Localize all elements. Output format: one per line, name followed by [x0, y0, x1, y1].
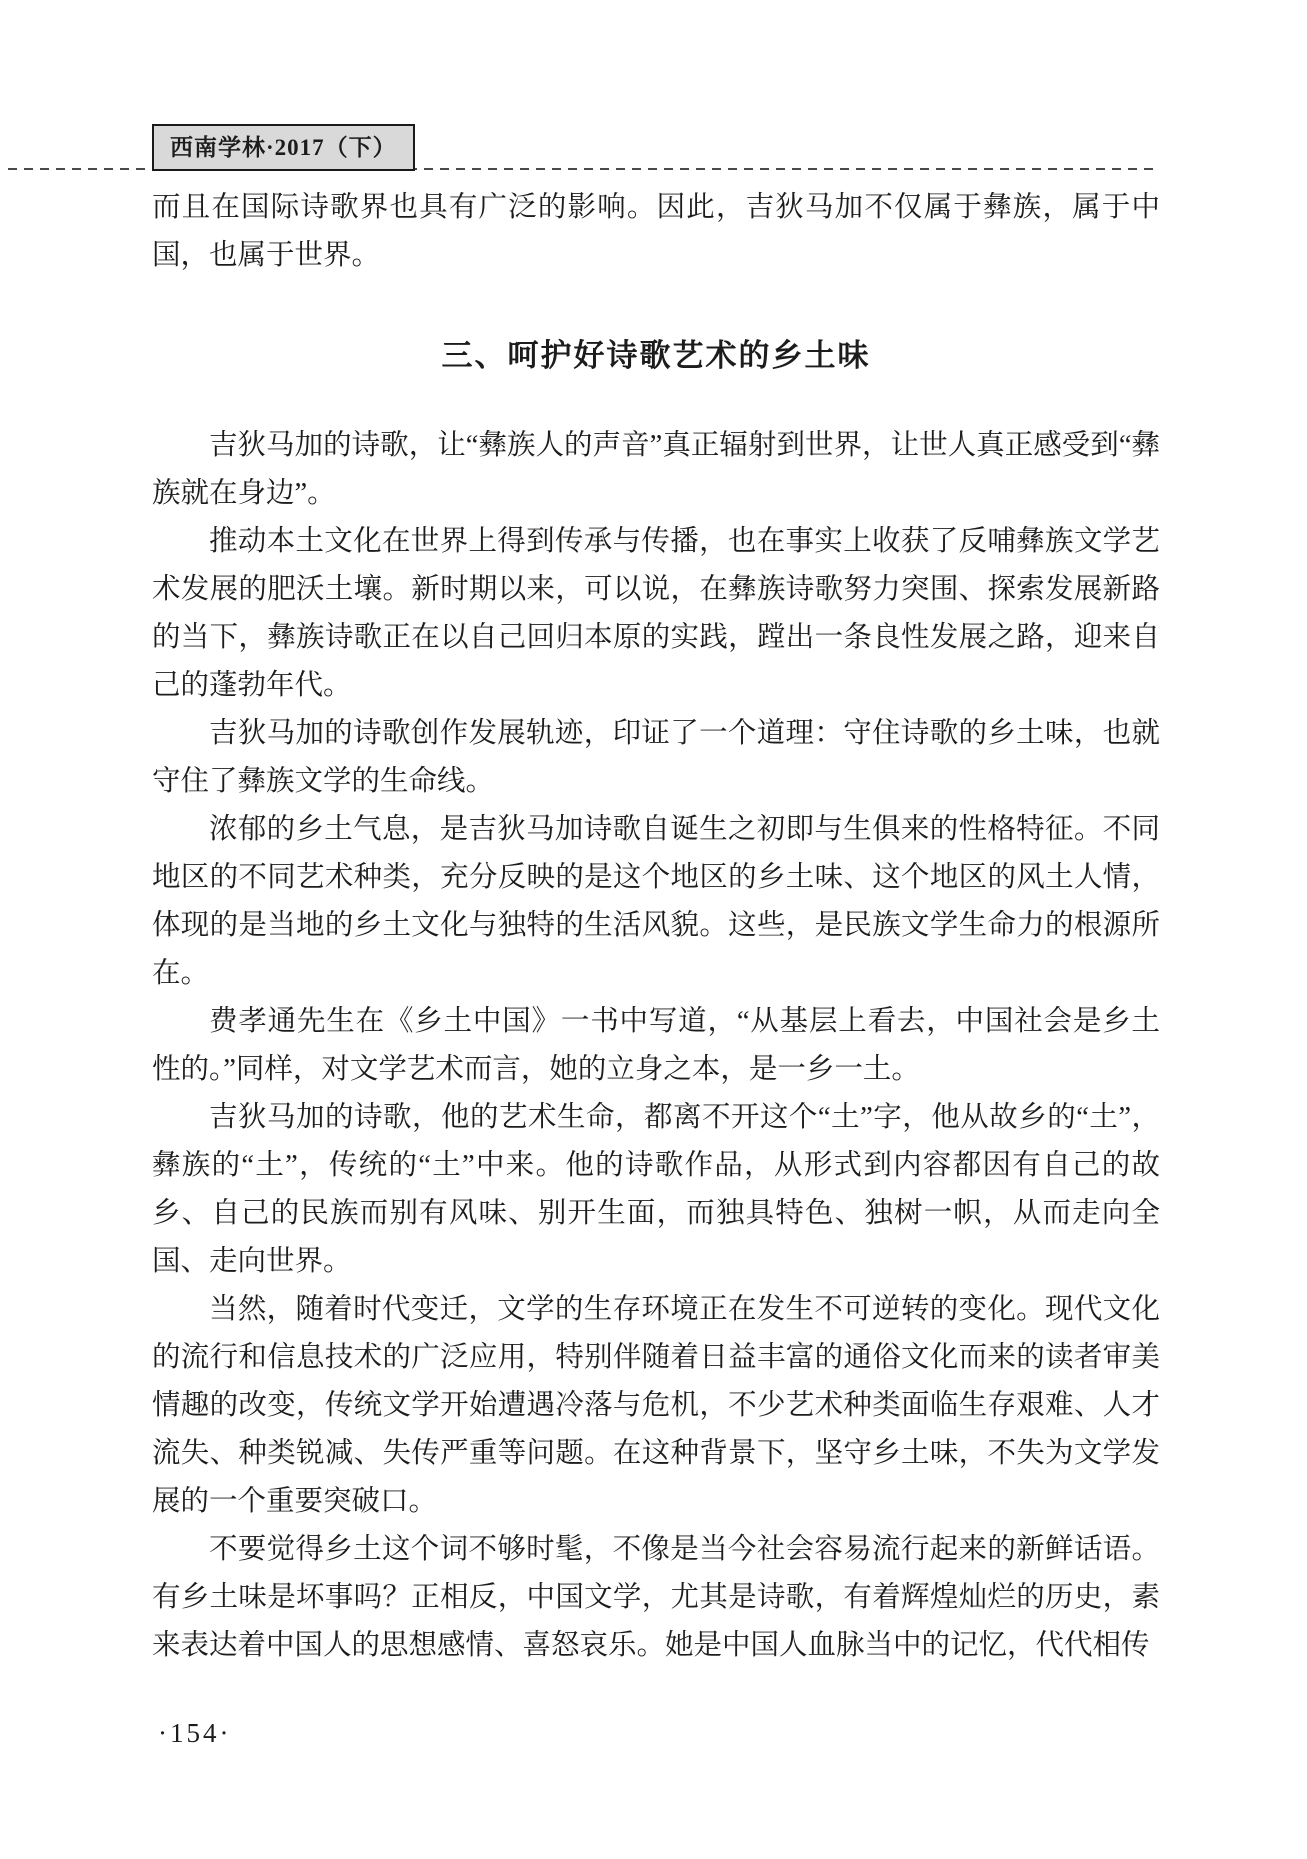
journal-title: 西南学林·2017（下）: [170, 135, 397, 160]
paragraph: 浓郁的乡土气息，是吉狄马加诗歌自诞生之初即与生俱来的性格特征。不同地区的不同艺术…: [152, 806, 1160, 998]
paragraph: 吉狄马加的诗歌创作发展轨迹，印证了一个道理：守住诗歌的乡土味，也就守住了彝族文学…: [152, 710, 1160, 806]
article-body: 而且在国际诗歌界也具有广泛的影响。因此，吉狄马加不仅属于彝族，属于中国，也属于世…: [152, 184, 1160, 1670]
lead-paragraph: 而且在国际诗歌界也具有广泛的影响。因此，吉狄马加不仅属于彝族，属于中国，也属于世…: [152, 184, 1160, 280]
book-page: 西南学林·2017（下） 而且在国际诗歌界也具有广泛的影响。因此，吉狄马加不仅属…: [0, 0, 1307, 1859]
journal-title-badge: 西南学林·2017（下）: [152, 124, 415, 171]
section-heading: 三、呵护好诗歌艺术的乡土味: [152, 334, 1160, 378]
paragraph: 推动本土文化在世界上得到传承与传播，也在事实上收获了反哺彝族文学艺术发展的肥沃土…: [152, 518, 1160, 710]
paragraph: 不要觉得乡土这个词不够时髦，不像是当今社会容易流行起来的新鲜话语。有乡土味是坏事…: [152, 1526, 1160, 1670]
paragraph: 当然，随着时代变迁，文学的生存环境正在发生不可逆转的变化。现代文化的流行和信息技…: [152, 1286, 1160, 1526]
paragraph: 吉狄马加的诗歌，让“彝族人的声音”真正辐射到世界，让世人真正感受到“彝族就在身边…: [152, 422, 1160, 518]
paragraph: 吉狄马加的诗歌，他的艺术生命，都离不开这个“土”字，他从故乡的“土”，彝族的“土…: [152, 1094, 1160, 1286]
page-number: ·154·: [158, 1718, 231, 1749]
paragraph: 费孝通先生在《乡土中国》一书中写道，“从基层上看去，中国社会是乡土性的。”同样，…: [152, 998, 1160, 1094]
